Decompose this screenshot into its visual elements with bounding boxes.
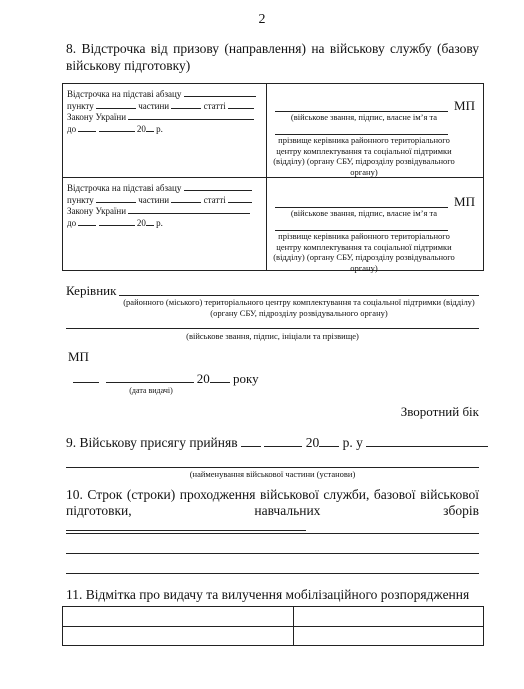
until-label: до [67,124,76,134]
signature-caption: (військове звання, підпис, власне ім’я т… [269,208,459,219]
paragraph-field[interactable] [184,88,256,97]
oath-place-label: р. у [343,435,363,450]
military-unit-caption: (найменування військової частини (устано… [66,469,479,479]
section-10-service-terms: 10. Строк (строки) проходження військово… [66,487,479,535]
issue-date-row: 20 року [73,371,259,387]
issue-year-field[interactable] [210,372,230,383]
part-label: частини [138,195,169,205]
service-terms-line[interactable] [66,533,479,534]
table-cell[interactable] [63,607,293,626]
table-cell[interactable] [294,627,483,645]
signature-cell: МП (військове звання, підпис, власне ім’… [269,178,481,272]
mobilization-order-table [62,606,484,646]
table-cell[interactable] [294,607,483,626]
article-field[interactable] [228,100,254,109]
section-9-oath: 9. Військову присягу прийняв 20 р. у [66,435,488,451]
until-label: до [67,218,76,228]
service-terms-label: 10. Строк (строки) проходження військово… [66,487,479,518]
year-field[interactable] [146,123,154,132]
part-field[interactable] [171,100,201,109]
year-prefix: 20 [306,435,320,450]
law-label: Закону України [67,112,126,122]
item-field[interactable] [96,100,136,109]
article-field[interactable] [228,194,252,203]
law-label: Закону України [67,206,126,216]
signature-caption: (військове звання, підпис, власне ім’я т… [269,112,459,123]
day-field[interactable] [78,123,96,132]
article-label: статті [204,195,226,205]
oath-year-field[interactable] [319,436,339,447]
service-terms-field[interactable] [66,520,306,531]
year-suffix: р. [156,218,163,228]
year-field[interactable] [146,217,154,226]
paragraph-field[interactable] [184,182,252,191]
signature-cell: МП (військове звання, підпис, власне ім’… [269,84,481,177]
item-label: пункту [67,101,94,111]
head-organization-line[interactable] [119,295,479,296]
law-field[interactable] [128,205,250,214]
item-field[interactable] [96,194,136,203]
year-prefix: 20 [137,218,146,228]
oath-month-field[interactable] [264,436,302,447]
service-terms-line[interactable] [66,553,479,554]
service-terms-line[interactable] [66,573,479,574]
head-organization-caption: (районного (міського) територіального це… [119,297,479,319]
name-caption: прізвище керівника районного територіаль… [269,231,459,273]
deferral-basis-label: Відстрочка на підставі абзацу [67,183,181,193]
year-suffix: р. [156,124,163,134]
reverse-side-label: Зворотний бік [401,404,479,420]
page-number: 2 [0,12,524,28]
year-prefix: 20 [137,124,146,134]
law-field[interactable] [128,111,254,120]
deferral-basis-label: Відстрочка на підставі абзацу [67,89,181,99]
issue-month-field[interactable] [106,372,194,383]
oath-label: 9. Військову присягу прийняв [66,435,238,450]
deferral-basis-cell: Відстрочка на підставі абзацу пункту час… [67,182,261,228]
year-suffix: року [233,371,259,386]
name-caption: прізвище керівника районного територіаль… [269,135,459,177]
table-cell[interactable] [63,627,293,645]
head-signature-caption: (військове звання, підпис, ініціали та п… [66,331,479,341]
month-field[interactable] [99,123,135,132]
part-field[interactable] [171,194,201,203]
year-prefix: 20 [197,371,210,386]
section-11-title: 11. Відмітка про видачу та вилучення моб… [66,587,469,603]
head-label: Керівник [66,283,116,299]
oath-unit-field[interactable] [366,436,488,447]
deferral-basis-cell: Відстрочка на підставі абзацу пункту час… [67,88,261,134]
month-field[interactable] [99,217,135,226]
issue-day-field[interactable] [73,372,99,383]
oath-day-field[interactable] [241,436,261,447]
article-label: статті [204,101,226,111]
head-signature-line[interactable] [66,328,479,329]
issue-date-caption: (дата видачі) [106,386,196,395]
deferral-table: Відстрочка на підставі абзацу пункту час… [62,83,484,271]
military-unit-line[interactable] [66,467,479,468]
section-8-title: 8. Відстрочка від призову (направлення) … [66,40,479,74]
day-field[interactable] [78,217,96,226]
part-label: частини [138,101,169,111]
stamp-label: МП [68,349,89,365]
item-label: пункту [67,195,94,205]
